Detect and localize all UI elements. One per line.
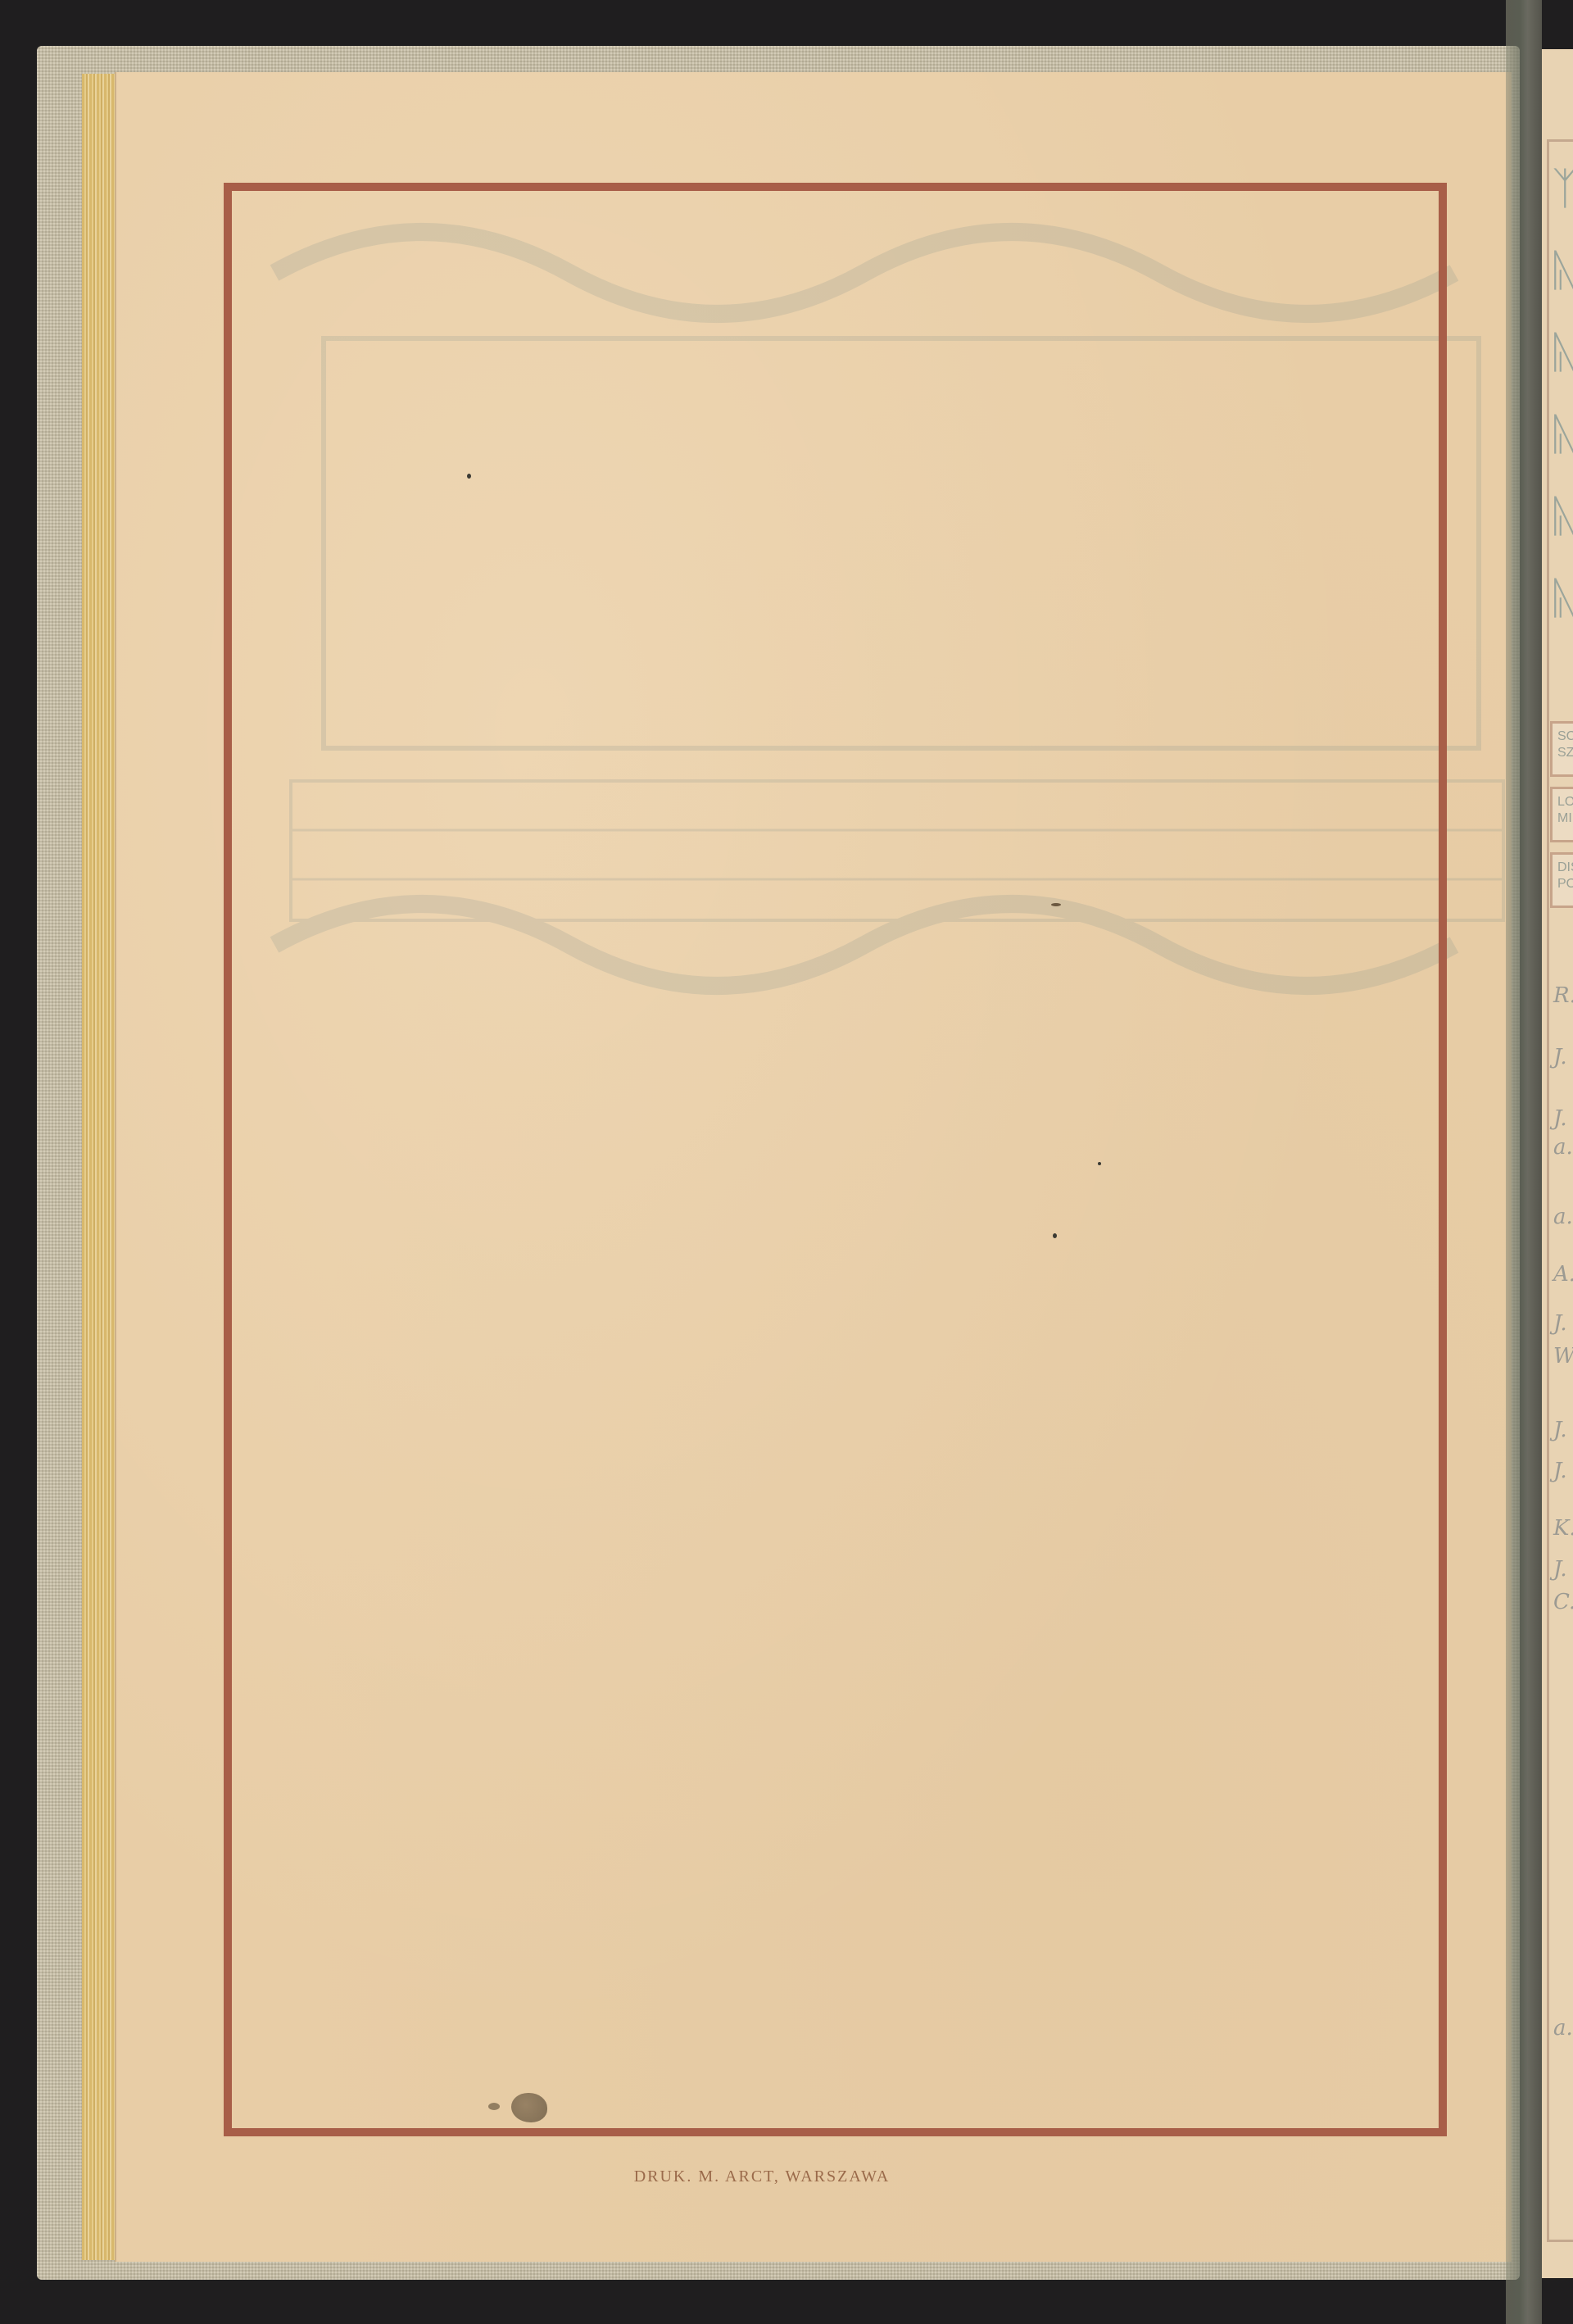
page-edges bbox=[82, 74, 116, 2260]
handwritten-entry: A. D bbox=[1553, 1262, 1573, 1287]
handwritten-entry: W. S bbox=[1553, 1344, 1573, 1369]
handwritten-entry: J. bbox=[1553, 1418, 1567, 1442]
printer-imprint: DRUK. M. ARCT, WARSZAWA bbox=[0, 2167, 1573, 2186]
speck bbox=[467, 474, 471, 479]
stain-small bbox=[488, 2103, 500, 2110]
handwritten-entry: a. kn bbox=[1553, 1205, 1573, 1229]
handwritten-entry: C. M bbox=[1553, 1590, 1573, 1614]
facing-page-ornament: ᛉᚣᚣᚣᚣᚣ bbox=[1552, 148, 1573, 688]
handwritten-entry: J. bbox=[1553, 1106, 1567, 1131]
handwritten-entry: a. M bbox=[1553, 2016, 1573, 2040]
facing-page-edge: ᛉᚣᚣᚣᚣᚣ SCHO SZKO LOCA MIEJS DISTR POW R.… bbox=[1542, 49, 1573, 2278]
handwritten-entry: K. bbox=[1553, 1516, 1573, 1541]
facing-label-locality: LOCA MIEJS bbox=[1550, 787, 1573, 842]
printed-border-frame bbox=[224, 183, 1447, 2136]
facing-label-school: SCHO SZKO bbox=[1550, 721, 1573, 777]
speck bbox=[1051, 903, 1061, 906]
speck bbox=[1053, 1233, 1057, 1238]
mylar-sleeve-edge bbox=[1506, 0, 1542, 2324]
handwritten-entry: J. In bbox=[1553, 1557, 1573, 1582]
handwritten-entry: a. bbox=[1553, 1135, 1573, 1160]
facing-label-district: DISTR POW bbox=[1550, 852, 1573, 908]
speck bbox=[1098, 1162, 1101, 1165]
handwritten-entry: J. bbox=[1553, 1045, 1567, 1069]
stain bbox=[511, 2093, 547, 2122]
handwritten-entry: J. L bbox=[1553, 1459, 1573, 1483]
handwritten-entry: J. Ch bbox=[1553, 1311, 1573, 1336]
handwritten-entry: R. bbox=[1553, 983, 1573, 1008]
book-page bbox=[115, 72, 1512, 2262]
